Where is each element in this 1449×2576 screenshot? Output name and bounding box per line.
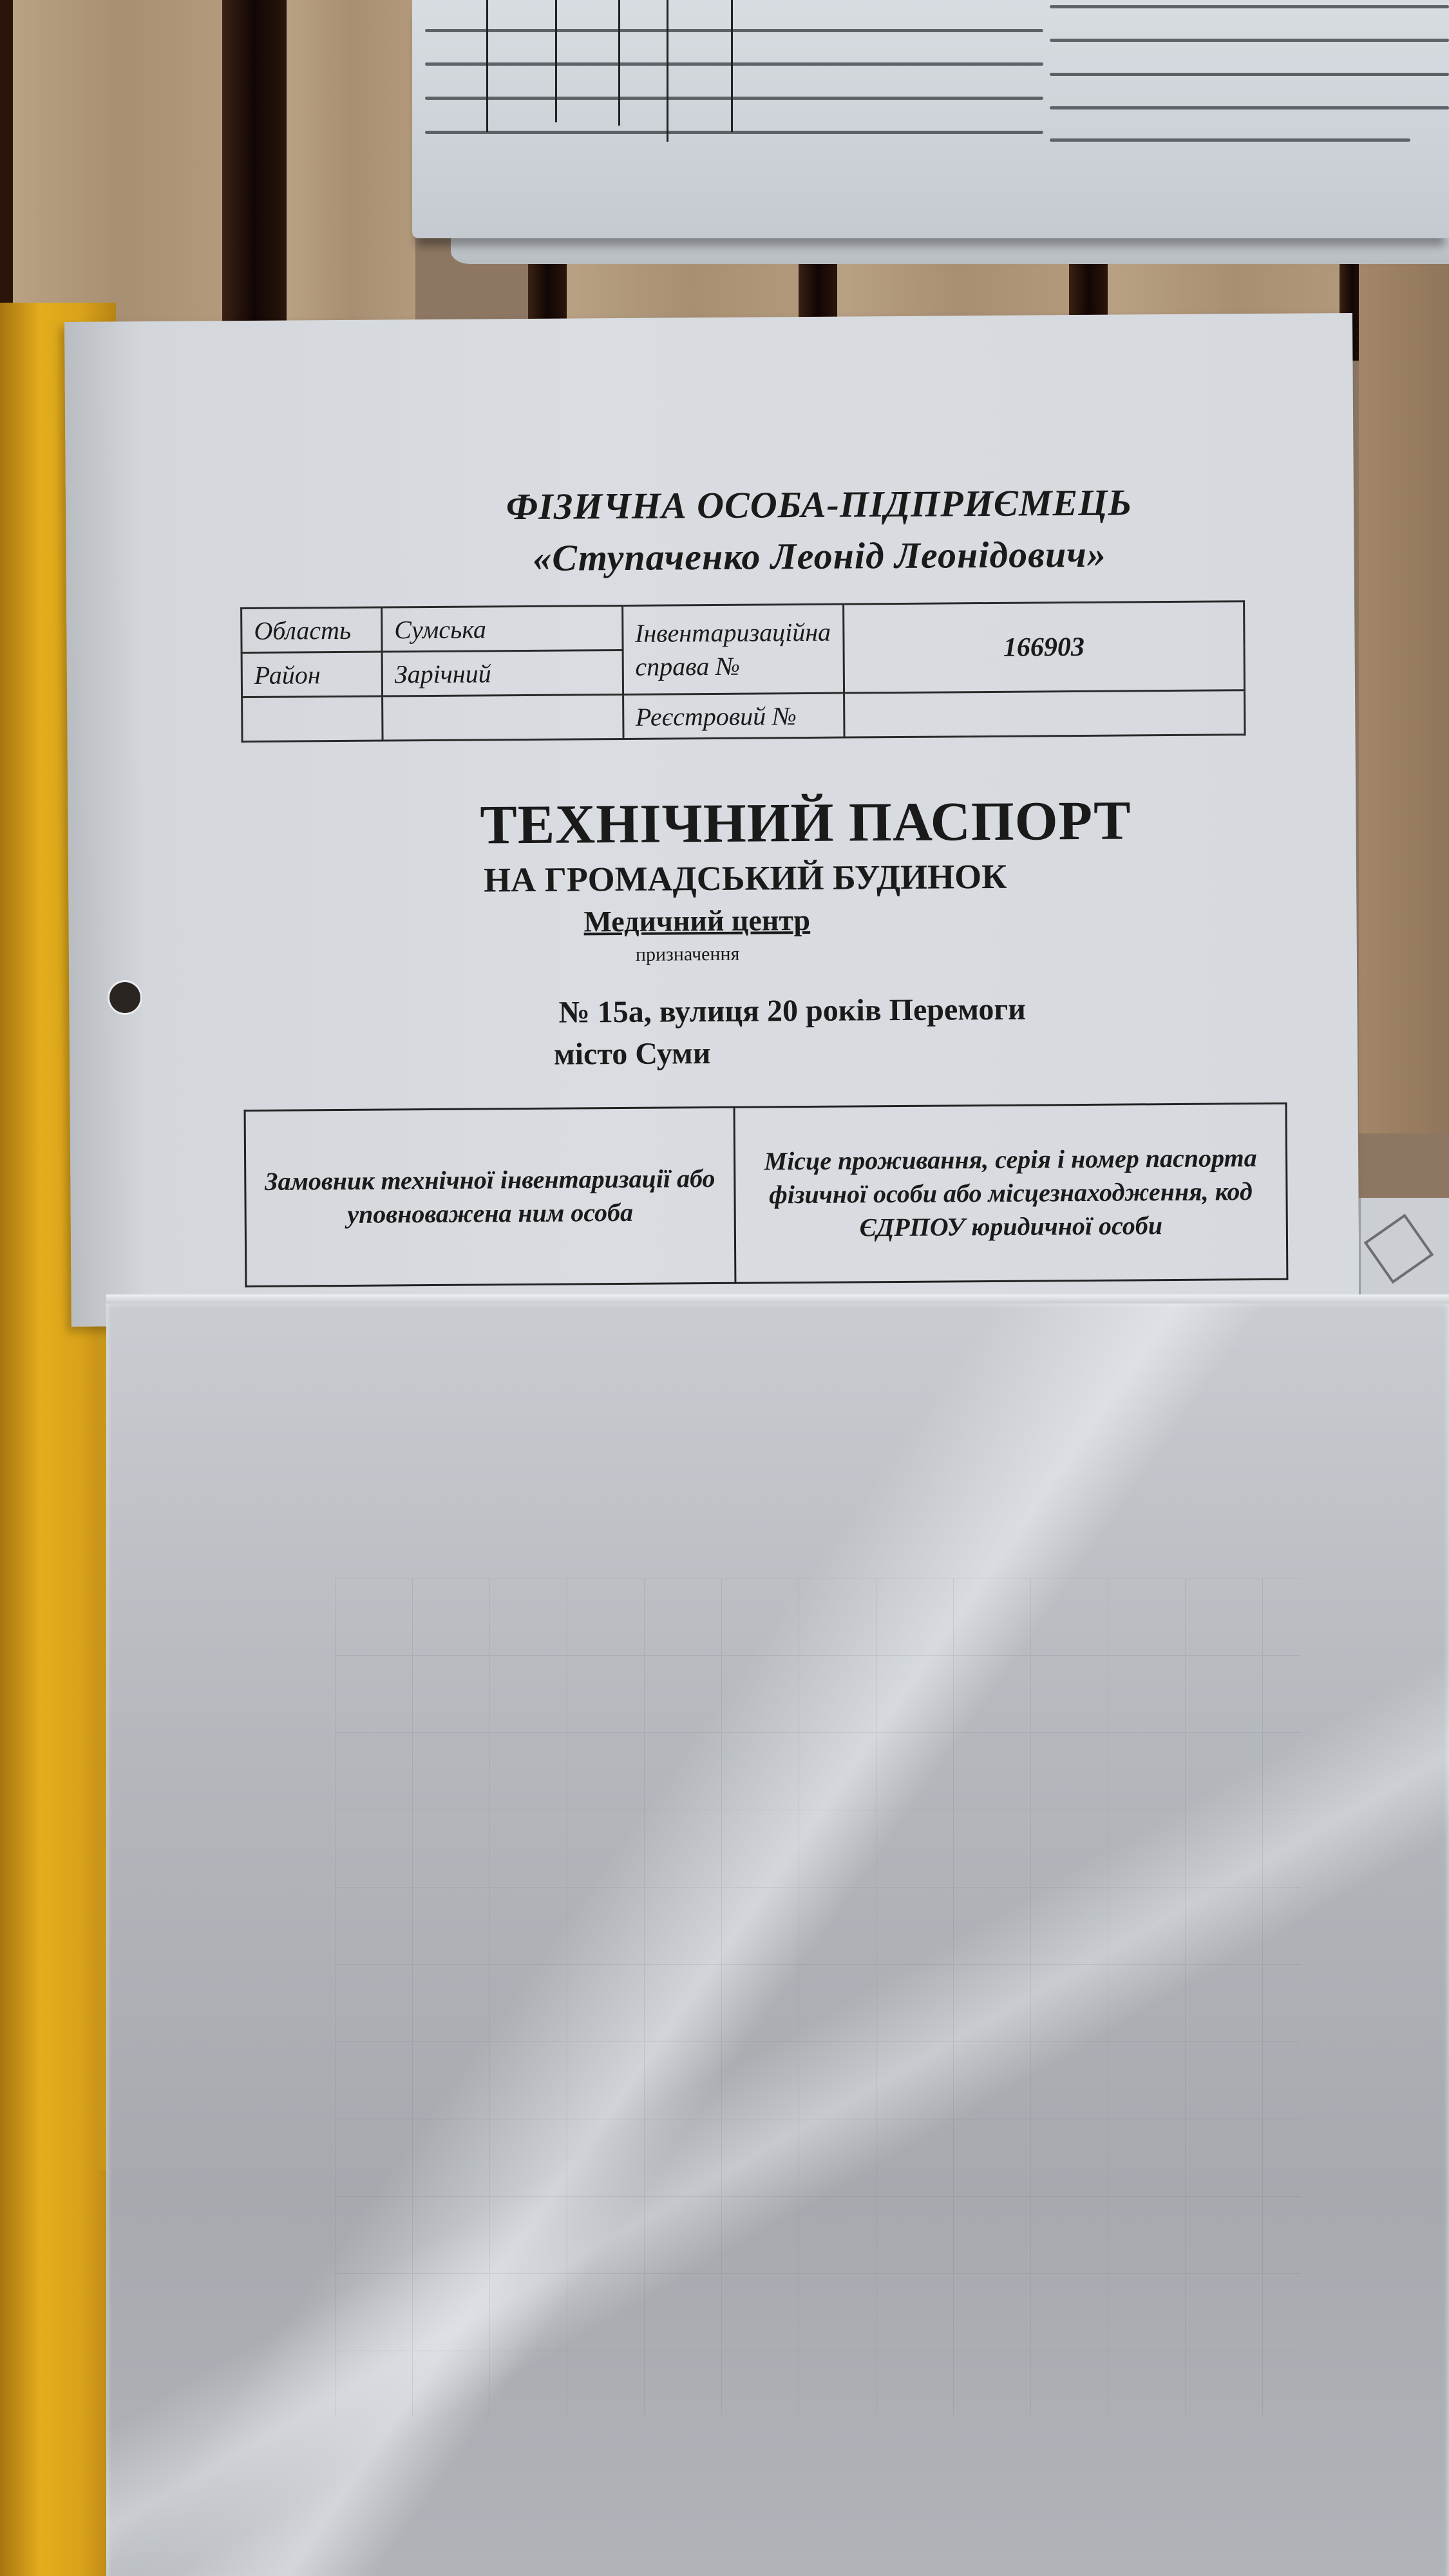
punch-hole bbox=[109, 982, 140, 1013]
city-line: місто Суми bbox=[554, 1036, 711, 1072]
region-value: Сумська bbox=[382, 605, 623, 652]
entrepreneur-title: ФІЗИЧНА ОСОБА-ПІДПРИЄМЕЦЬ bbox=[465, 477, 1174, 533]
purpose-caption: призначення bbox=[636, 943, 740, 966]
document-title: ТЕХНІЧНИЙ ПАСПОРТ bbox=[480, 788, 1132, 857]
empty-cell bbox=[242, 696, 383, 742]
sleeve-edge bbox=[106, 1294, 1449, 1303]
top-ruled-sheet bbox=[412, 0, 1449, 238]
inventory-case-label: Інвентаризаційна справа № bbox=[622, 604, 844, 694]
document-subtitle: НА ГРОМАДСЬКИЙ БУДИНОК bbox=[484, 857, 1007, 900]
address-line: № 15а, вулиця 20 років Перемоги bbox=[558, 992, 1026, 1030]
customer-table: Замовник технічної інвентаризації або уп… bbox=[244, 1103, 1289, 1287]
customer-header: Замовник технічної інвентаризації або уп… bbox=[245, 1107, 735, 1286]
stamp-icon bbox=[1364, 1214, 1434, 1284]
registry-value bbox=[844, 690, 1245, 737]
graph-paper-underlay bbox=[335, 1578, 1301, 2415]
district-label: Район bbox=[241, 652, 382, 697]
wooden-wall-right bbox=[1359, 232, 1449, 1133]
side-sheet bbox=[1359, 1198, 1449, 1301]
building-purpose: Медичний центр bbox=[583, 903, 810, 938]
technical-passport-page: ФІЗИЧНА ОСОБА-ПІДПРИЄМЕЦЬ «Ступаченко Ле… bbox=[64, 313, 1359, 1327]
registration-info-table: Область Сумська Інвентаризаційна справа … bbox=[240, 600, 1245, 743]
district-value: Зарічний bbox=[382, 650, 623, 696]
inventory-case-value: 166903 bbox=[843, 601, 1244, 693]
empty-cell bbox=[383, 694, 623, 741]
entrepreneur-name: «Ступаченко Леонід Леонідович» bbox=[465, 528, 1174, 585]
registry-label: Реєстровий № bbox=[623, 693, 844, 739]
entrepreneur-heading: ФІЗИЧНА ОСОБА-ПІДПРИЄМЕЦЬ «Ступаченко Ле… bbox=[465, 477, 1174, 585]
region-label: Область bbox=[241, 607, 382, 653]
customer-address-header: Місце проживання, серія і номер паспорта… bbox=[734, 1103, 1287, 1283]
